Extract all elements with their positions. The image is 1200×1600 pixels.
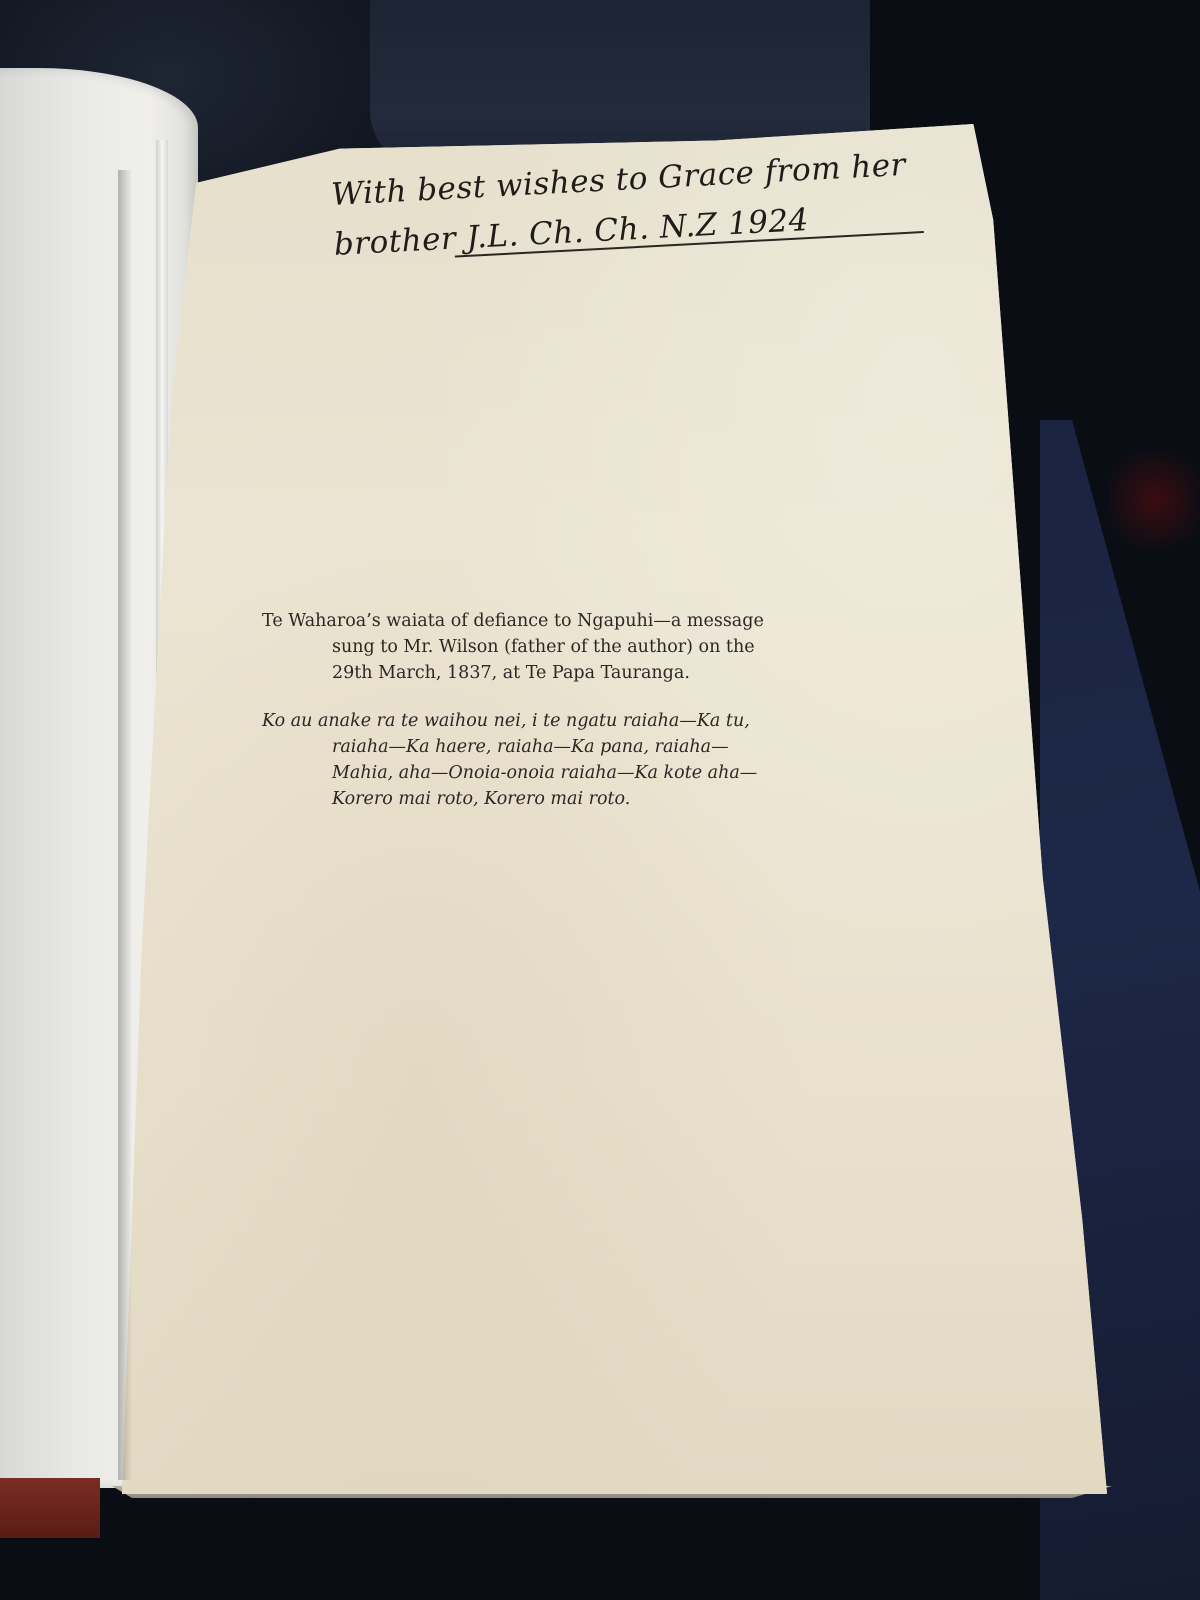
waiata-line-3: Mahia, aha—Onoia-onoia raiaha—Ka kote ah… <box>262 760 862 786</box>
caption-line-3: 29th March, 1837, at Te Papa Tauranga. <box>262 660 862 686</box>
spine-shadow <box>118 170 132 1480</box>
background-red-object <box>1110 440 1200 560</box>
book-cover-corner <box>0 1478 100 1538</box>
waiata-line-1: Ko au anake ra te waihou nei, i te ngatu… <box>262 708 862 734</box>
waiata-caption: Te Waharoa’s waiata of defiance to Ngapu… <box>262 608 862 686</box>
caption-line-1: Te Waharoa’s waiata of defiance to Ngapu… <box>262 608 862 634</box>
waiata-text: Ko au anake ra te waihou nei, i te ngatu… <box>262 708 862 812</box>
caption-line-2: sung to Mr. Wilson (father of the author… <box>262 634 862 660</box>
waiata-line-4: Korero mai roto, Korero mai roto. <box>262 786 862 812</box>
printed-text-block: Te Waharoa’s waiata of defiance to Ngapu… <box>262 608 862 830</box>
waiata-line-2: raiaha—Ka haere, raiaha—Ka pana, raiaha— <box>262 734 862 760</box>
